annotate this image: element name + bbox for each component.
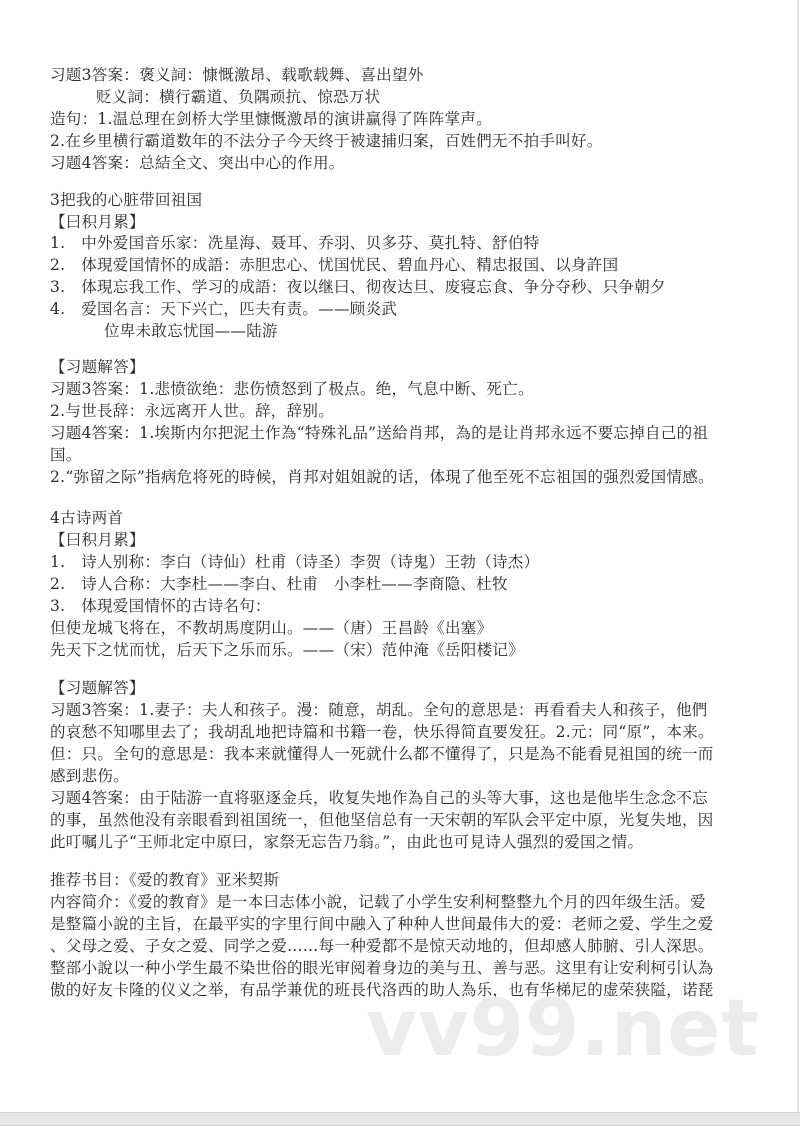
recommended-book: 推荐书目：《爱的教育》亚米契斯	[50, 869, 750, 891]
answer-line: 的哀愁不知哪里去了；我胡乱地把诗篇和书籍一卷，快乐得简直要发狂。2.元：同“原”…	[50, 721, 750, 743]
list-item: 2. 体現爱国情怀的成語：赤胆忠心、忧国忧民、碧血丹心、精忠报国、以身許国	[50, 254, 750, 276]
answer-line: 感到悲伤。	[50, 765, 750, 787]
answer-line: 习题3答案：1.妻子：夫人和孩子。漫：随意，胡乱。全句的意思是：再看看夫人和孩子…	[50, 699, 750, 721]
answer-line: 习题4答案：由于陆游一直将驱逐金兵，收复失地作為自己的头等大事，这也是他毕生念念…	[50, 787, 750, 809]
list-item: 先天下之忧而忧，后天下之乐而乐。——（宋）范仲淹《岳阳楼记》	[50, 639, 750, 661]
summary-line: 内容简介：《爱的教育》是一本曰志体小說，记载了小学生安利柯整整九个月的四年级生活…	[50, 891, 750, 913]
list-item: 3. 体現忘我工作、学习的成語：夜以继曰、彻夜达旦、废寝忘食、争分夺秒、只争朝夕	[50, 276, 750, 298]
lesson-title: 4古诗两首	[50, 507, 750, 529]
document-page: 习题3答案：褒义詞：慷慨激昂、载歌载舞、喜出望外 贬义詞：横行霸道、负隅顽抗、惊…	[0, 0, 799, 1112]
list-item: 但使龙城飞将在，不教胡馬度阴山。——（唐）王昌龄《出塞》	[50, 617, 750, 639]
summary-line: 是整篇小說的主旨，在最平实的字里行间中融入了种种人世间最伟大的爱：老师之爱、学生…	[50, 913, 750, 935]
list-item: 4. 爱国名言：天下兴亡，匹夫有责。——顾炎武	[50, 298, 750, 320]
answer-line: 习题4答案：1.埃斯内尔把泥土作為“特殊礼品”送給肖邦，為的是让肖邦永远不要忘掉…	[50, 422, 750, 444]
answer-line: 2.在乡里横行霸道数年的不法分子今天终于被逮捕归案，百姓們无不拍手叫好。	[50, 130, 750, 152]
answer-line: 造句：1.温总理在剑桥大学里慷慨激昂的演讲赢得了阵阵掌声。	[50, 108, 750, 130]
list-item: 1. 诗人别称：李白（诗仙）杜甫（诗圣）李贺（诗鬼）王勃（诗杰）	[50, 551, 750, 573]
answer-line: 的事，虽然他没有亲眼看到祖国统一，但他坚信总有一天宋朝的军队会平定中原，光复失地…	[50, 809, 750, 831]
answer-line: 2.“弥留之际”指病危将死的時候，肖邦对姐姐說的话，体現了他至死不忘祖国的强烈爱…	[50, 466, 750, 488]
summary-line: 、父母之爱、子女之爱、同学之爱……每一种爱都不是惊天动地的，但却感人肺腑、引人深…	[50, 935, 750, 957]
page-separator	[0, 1112, 800, 1126]
answer-line: 习题3答案：褒义詞：慷慨激昂、载歌载舞、喜出望外	[50, 64, 750, 86]
lesson-title: 3把我的心脏带回祖国	[50, 189, 750, 211]
answer-line: 习题4答案：总結全文、突出中心的作用。	[50, 152, 750, 174]
section-heading: 【曰积月累】	[50, 529, 750, 551]
answer-line: 习题3答案：1.悲愤欲绝：悲伤愤怒到了极点。绝，气息中断、死亡。	[50, 378, 750, 400]
answer-line: 国。	[50, 444, 750, 466]
section-heading: 【习题解答】	[50, 356, 750, 378]
answer-line: 2.与世長辞：永远离开人世。辞，辞别。	[50, 400, 750, 422]
list-item: 2. 诗人合称：大李杜——李白、杜甫 小李杜——李商隐、杜牧	[50, 573, 750, 595]
summary-line: 整部小說以一种小学生最不染世俗的眼光审阅着身边的美与丑、善与恶。这里有让安利柯引…	[50, 957, 750, 979]
answer-line: 贬义詞：横行霸道、负隅顽抗、惊恐万状	[96, 86, 796, 108]
list-item: 1. 中外爱国音乐家：冼星海、聂耳、乔羽、贝多芬、莫扎特、舒伯特	[50, 232, 750, 254]
list-item: 3. 体現爱国情怀的古诗名句：	[50, 595, 750, 617]
section-heading: 【习题解答】	[50, 677, 750, 699]
section-heading: 【曰积月累】	[50, 211, 750, 233]
watermark: vv99.net	[366, 990, 760, 1068]
answer-line: 但：只。全句的意思是：我本来就懂得人一死就什么都不懂得了，只是為不能看見祖国的统…	[50, 743, 750, 765]
list-item: 位卑未敢忘忧国——陆游	[104, 320, 800, 342]
answer-line: 此叮嘱儿子“王师北定中原曰，家祭无忘告乃翁。”，由此也可見诗人强烈的爱国之情。	[50, 831, 750, 853]
